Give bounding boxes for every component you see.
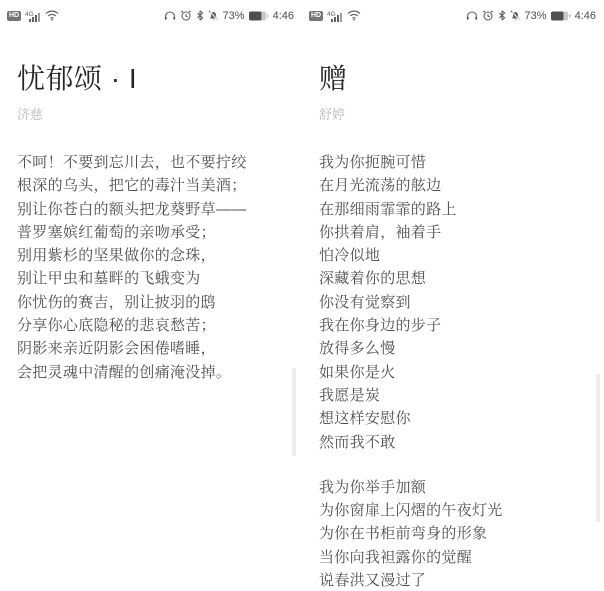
bluetooth-icon <box>196 10 204 21</box>
poem-line: 说春洪又漫过了 <box>319 569 587 591</box>
poem-line: 普罗塞嫔红葡萄的亲吻承受； <box>17 221 285 244</box>
poem-line: 放得多么慢 <box>319 337 587 360</box>
battery-percent-label: 73% <box>525 10 547 22</box>
scrollbar-thumb[interactable] <box>596 374 600 522</box>
alarm-icon <box>482 10 494 21</box>
poem-body: 不呵！不要到忘川去，也不要拧绞 根深的乌头，把它的毒汁当美酒； 别让你苍白的额头… <box>17 151 285 384</box>
right-poem-page[interactable]: 赠 舒婷 我为你扼腕可惜 在月光流荡的舷边 在那细雨霏霏的路上 你拱着肩，袖着手… <box>302 60 604 591</box>
poem-author: 济慈 <box>17 107 285 122</box>
wifi-icon <box>347 10 361 21</box>
poem-line: 你没有觉察到 <box>319 291 587 314</box>
poem-line: 我为你举手加额 <box>319 476 587 499</box>
status-bar-left: HD 4G <box>309 10 361 22</box>
poem-line: 分享你心底隐秘的悲哀愁苦； <box>17 314 285 337</box>
poem-line: 不呵！不要到忘川去，也不要拧绞 <box>17 151 285 174</box>
status-bar: HD 4G <box>302 0 604 29</box>
poem-line: 根深的乌头，把它的毒汁当美酒； <box>17 174 285 197</box>
stanza-gap <box>319 454 587 476</box>
poem-line: 然而我不敢 <box>319 431 587 454</box>
poem-line: 别让你苍白的额头把龙葵野草—— <box>17 198 285 221</box>
clock-label: 4:46 <box>575 10 596 22</box>
poem-body: 我为你扼腕可惜 在月光流荡的舷边 在那细雨霏霏的路上 你拱着肩，袖着手 怕冷似地… <box>319 151 587 591</box>
status-bar-left: HD 4G <box>7 10 59 22</box>
poem-line: 我愿是炭 <box>319 384 587 407</box>
status-bar-right: 73% 4:46 <box>466 10 596 22</box>
status-bar: HD 4G <box>0 0 302 29</box>
notifications-off-icon <box>208 10 219 21</box>
scrollbar-thumb[interactable] <box>292 368 296 456</box>
svg-text:4G: 4G <box>25 11 34 18</box>
poem-line: 为你窗扉上闪熠的午夜灯光 <box>319 499 587 522</box>
left-phone-screen: HD 4G <box>0 0 302 591</box>
status-bar-right: 73% 4:46 <box>164 10 294 22</box>
poem-line: 会把灵魂中清醒的创痛淹没掉。 <box>17 361 285 384</box>
wifi-icon <box>45 10 59 21</box>
poem-line: 为你在书柜前弯身的形象 <box>319 522 587 545</box>
headset-icon <box>466 10 478 21</box>
poem-author: 舒婷 <box>319 107 587 122</box>
poem-line: 想这样安慰你 <box>319 407 587 430</box>
poem-line: 深藏着你的思想 <box>319 267 587 290</box>
signal-bars-icon: 4G <box>25 10 41 22</box>
poem-line: 别让甲虫和墓畔的飞蛾变为 <box>17 267 285 290</box>
poem-line: 在那细雨霏霏的路上 <box>319 198 587 221</box>
svg-text:4G: 4G <box>327 11 336 18</box>
poem-line: 当你向我袒露你的觉醒 <box>319 546 587 569</box>
poem-line: 你忧伤的赛吉，别让披羽的鸱 <box>17 291 285 314</box>
poem-line: 我在你身边的步子 <box>319 314 587 337</box>
hd-icon: HD <box>7 11 21 21</box>
poem-line: 怕冷似地 <box>319 244 587 267</box>
poem-line: 别用紫杉的坚果做你的念珠， <box>17 244 285 267</box>
alarm-icon <box>180 10 192 21</box>
poem-line: 在月光流荡的舷边 <box>319 174 587 197</box>
battery-icon <box>249 11 269 21</box>
right-phone-screen: HD 4G <box>302 0 604 591</box>
battery-icon <box>551 11 571 21</box>
battery-percent-label: 73% <box>223 10 245 22</box>
left-poem-page[interactable]: 忧郁颂 · I 济慈 不呵！不要到忘川去，也不要拧绞 根深的乌头，把它的毒汁当美… <box>0 60 302 384</box>
page-title: 忧郁颂 · I <box>17 60 285 98</box>
notifications-off-icon <box>510 10 521 21</box>
poem-line: 如果你是火 <box>319 361 587 384</box>
poem-line: 阴影来亲近阴影会困倦嗜睡， <box>17 337 285 360</box>
hd-icon: HD <box>309 11 323 21</box>
poem-line: 你拱着肩，袖着手 <box>319 221 587 244</box>
bluetooth-icon <box>498 10 506 21</box>
headset-icon <box>164 10 176 21</box>
clock-label: 4:46 <box>273 10 294 22</box>
signal-bars-icon: 4G <box>327 10 343 22</box>
poem-line: 我为你扼腕可惜 <box>319 151 587 174</box>
page-title: 赠 <box>319 60 587 98</box>
